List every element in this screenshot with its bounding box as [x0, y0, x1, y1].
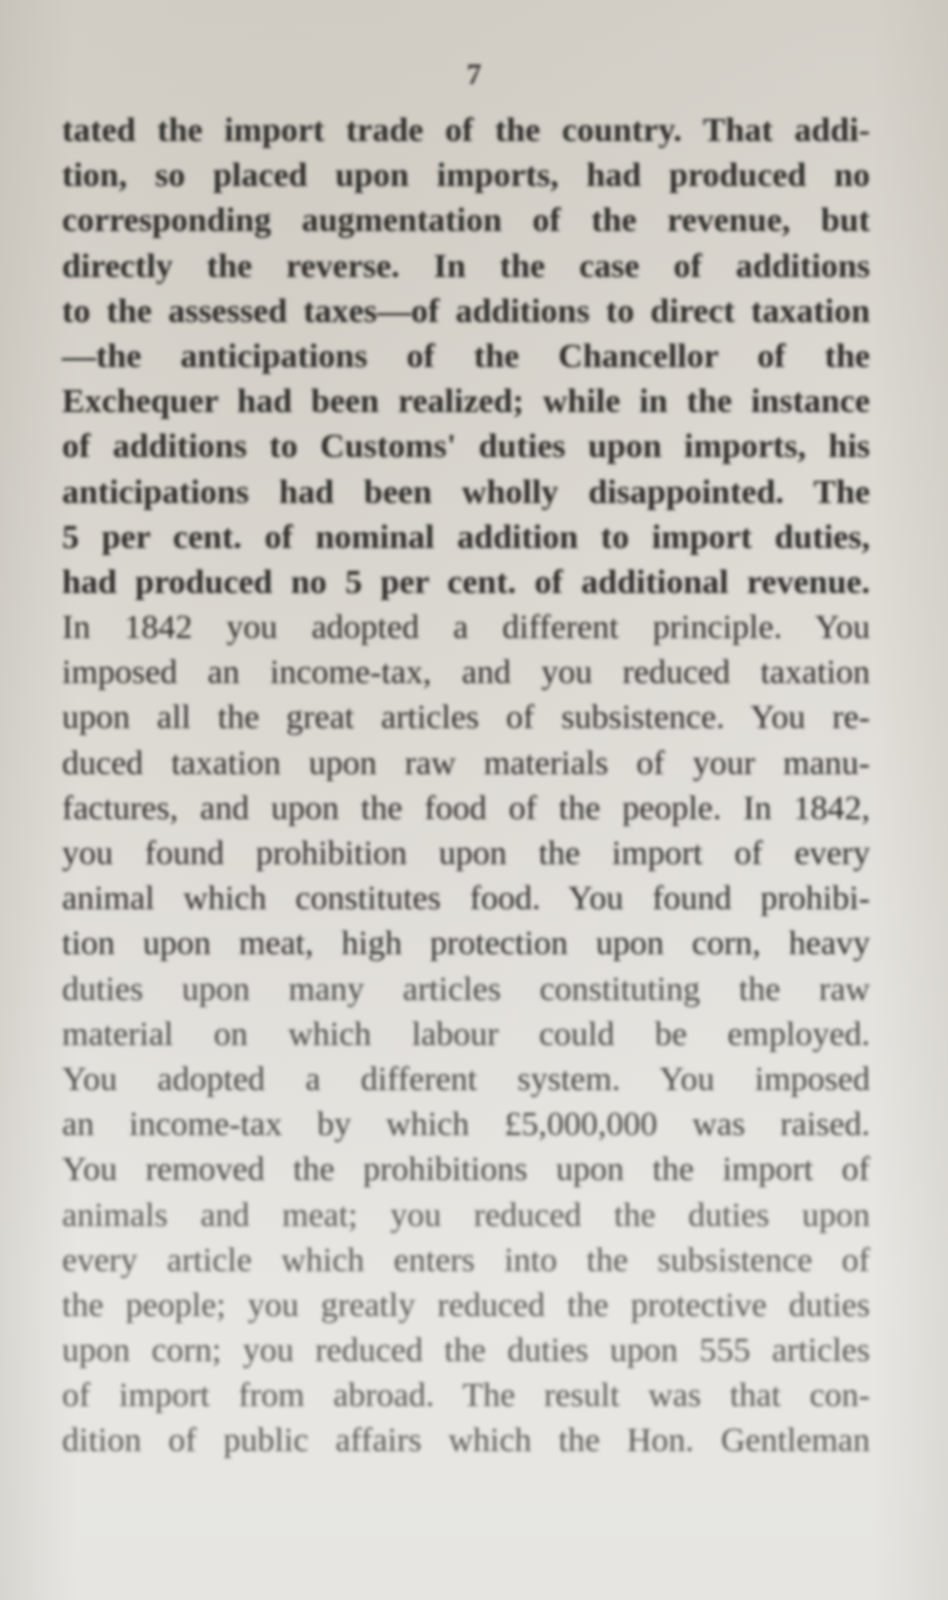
- text-line: In 1842 you adopted a different principl…: [62, 605, 870, 650]
- text-line: animal which constitutes food. You found…: [62, 876, 870, 921]
- text-line: 5 per cent. of nominal addition to impor…: [62, 515, 870, 560]
- text-line: the people; you greatly reduced the prot…: [62, 1283, 870, 1328]
- text-line: factures, and upon the food of the peopl…: [62, 786, 870, 831]
- text-line: an income-tax by which £5,000,000 was ra…: [62, 1102, 870, 1147]
- book-page: 7 tated the import trade of the country.…: [0, 0, 948, 1600]
- text-line: material on which labour could be employ…: [62, 1012, 870, 1057]
- text-line: to the assessed taxes—of additions to di…: [62, 289, 870, 334]
- text-line: of import from abroad. The result was th…: [62, 1373, 870, 1418]
- text-line: of additions to Customs' duties upon imp…: [62, 424, 870, 469]
- text-line: duties upon many articles constituting t…: [62, 967, 870, 1012]
- text-line: you found prohibition upon the import of…: [62, 831, 870, 876]
- text-line: tion, so placed upon imports, had produc…: [62, 153, 870, 198]
- text-line: You removed the prohibitions upon the im…: [62, 1147, 870, 1192]
- text-line: dition of public affairs which the Hon. …: [62, 1418, 870, 1463]
- text-line: imposed an income-tax, and you reduced t…: [62, 650, 870, 695]
- text-line: —the anticipations of the Chancellor of …: [62, 334, 870, 379]
- text-line: animals and meat; you reduced the duties…: [62, 1193, 870, 1238]
- page-number: 7: [0, 58, 948, 92]
- text-line: directly the reverse. In the case of add…: [62, 244, 870, 289]
- text-line: duced taxation upon raw materials of you…: [62, 741, 870, 786]
- body-text: tated the import trade of the country. T…: [62, 108, 870, 1464]
- text-line: corresponding augmentation of the revenu…: [62, 198, 870, 243]
- text-line: You adopted a different system. You impo…: [62, 1057, 870, 1102]
- text-line: every article which enters into the subs…: [62, 1238, 870, 1283]
- text-line: tion upon meat, high protection upon cor…: [62, 921, 870, 966]
- text-line: upon corn; you reduced the duties upon 5…: [62, 1328, 870, 1373]
- text-line: anticipations had been wholly disappoint…: [62, 470, 870, 515]
- text-line: Exchequer had been realized; while in th…: [62, 379, 870, 424]
- text-line: had produced no 5 per cent. of additiona…: [62, 560, 870, 605]
- text-line: tated the import trade of the country. T…: [62, 108, 870, 153]
- text-line: upon all the great articles of subsisten…: [62, 695, 870, 740]
